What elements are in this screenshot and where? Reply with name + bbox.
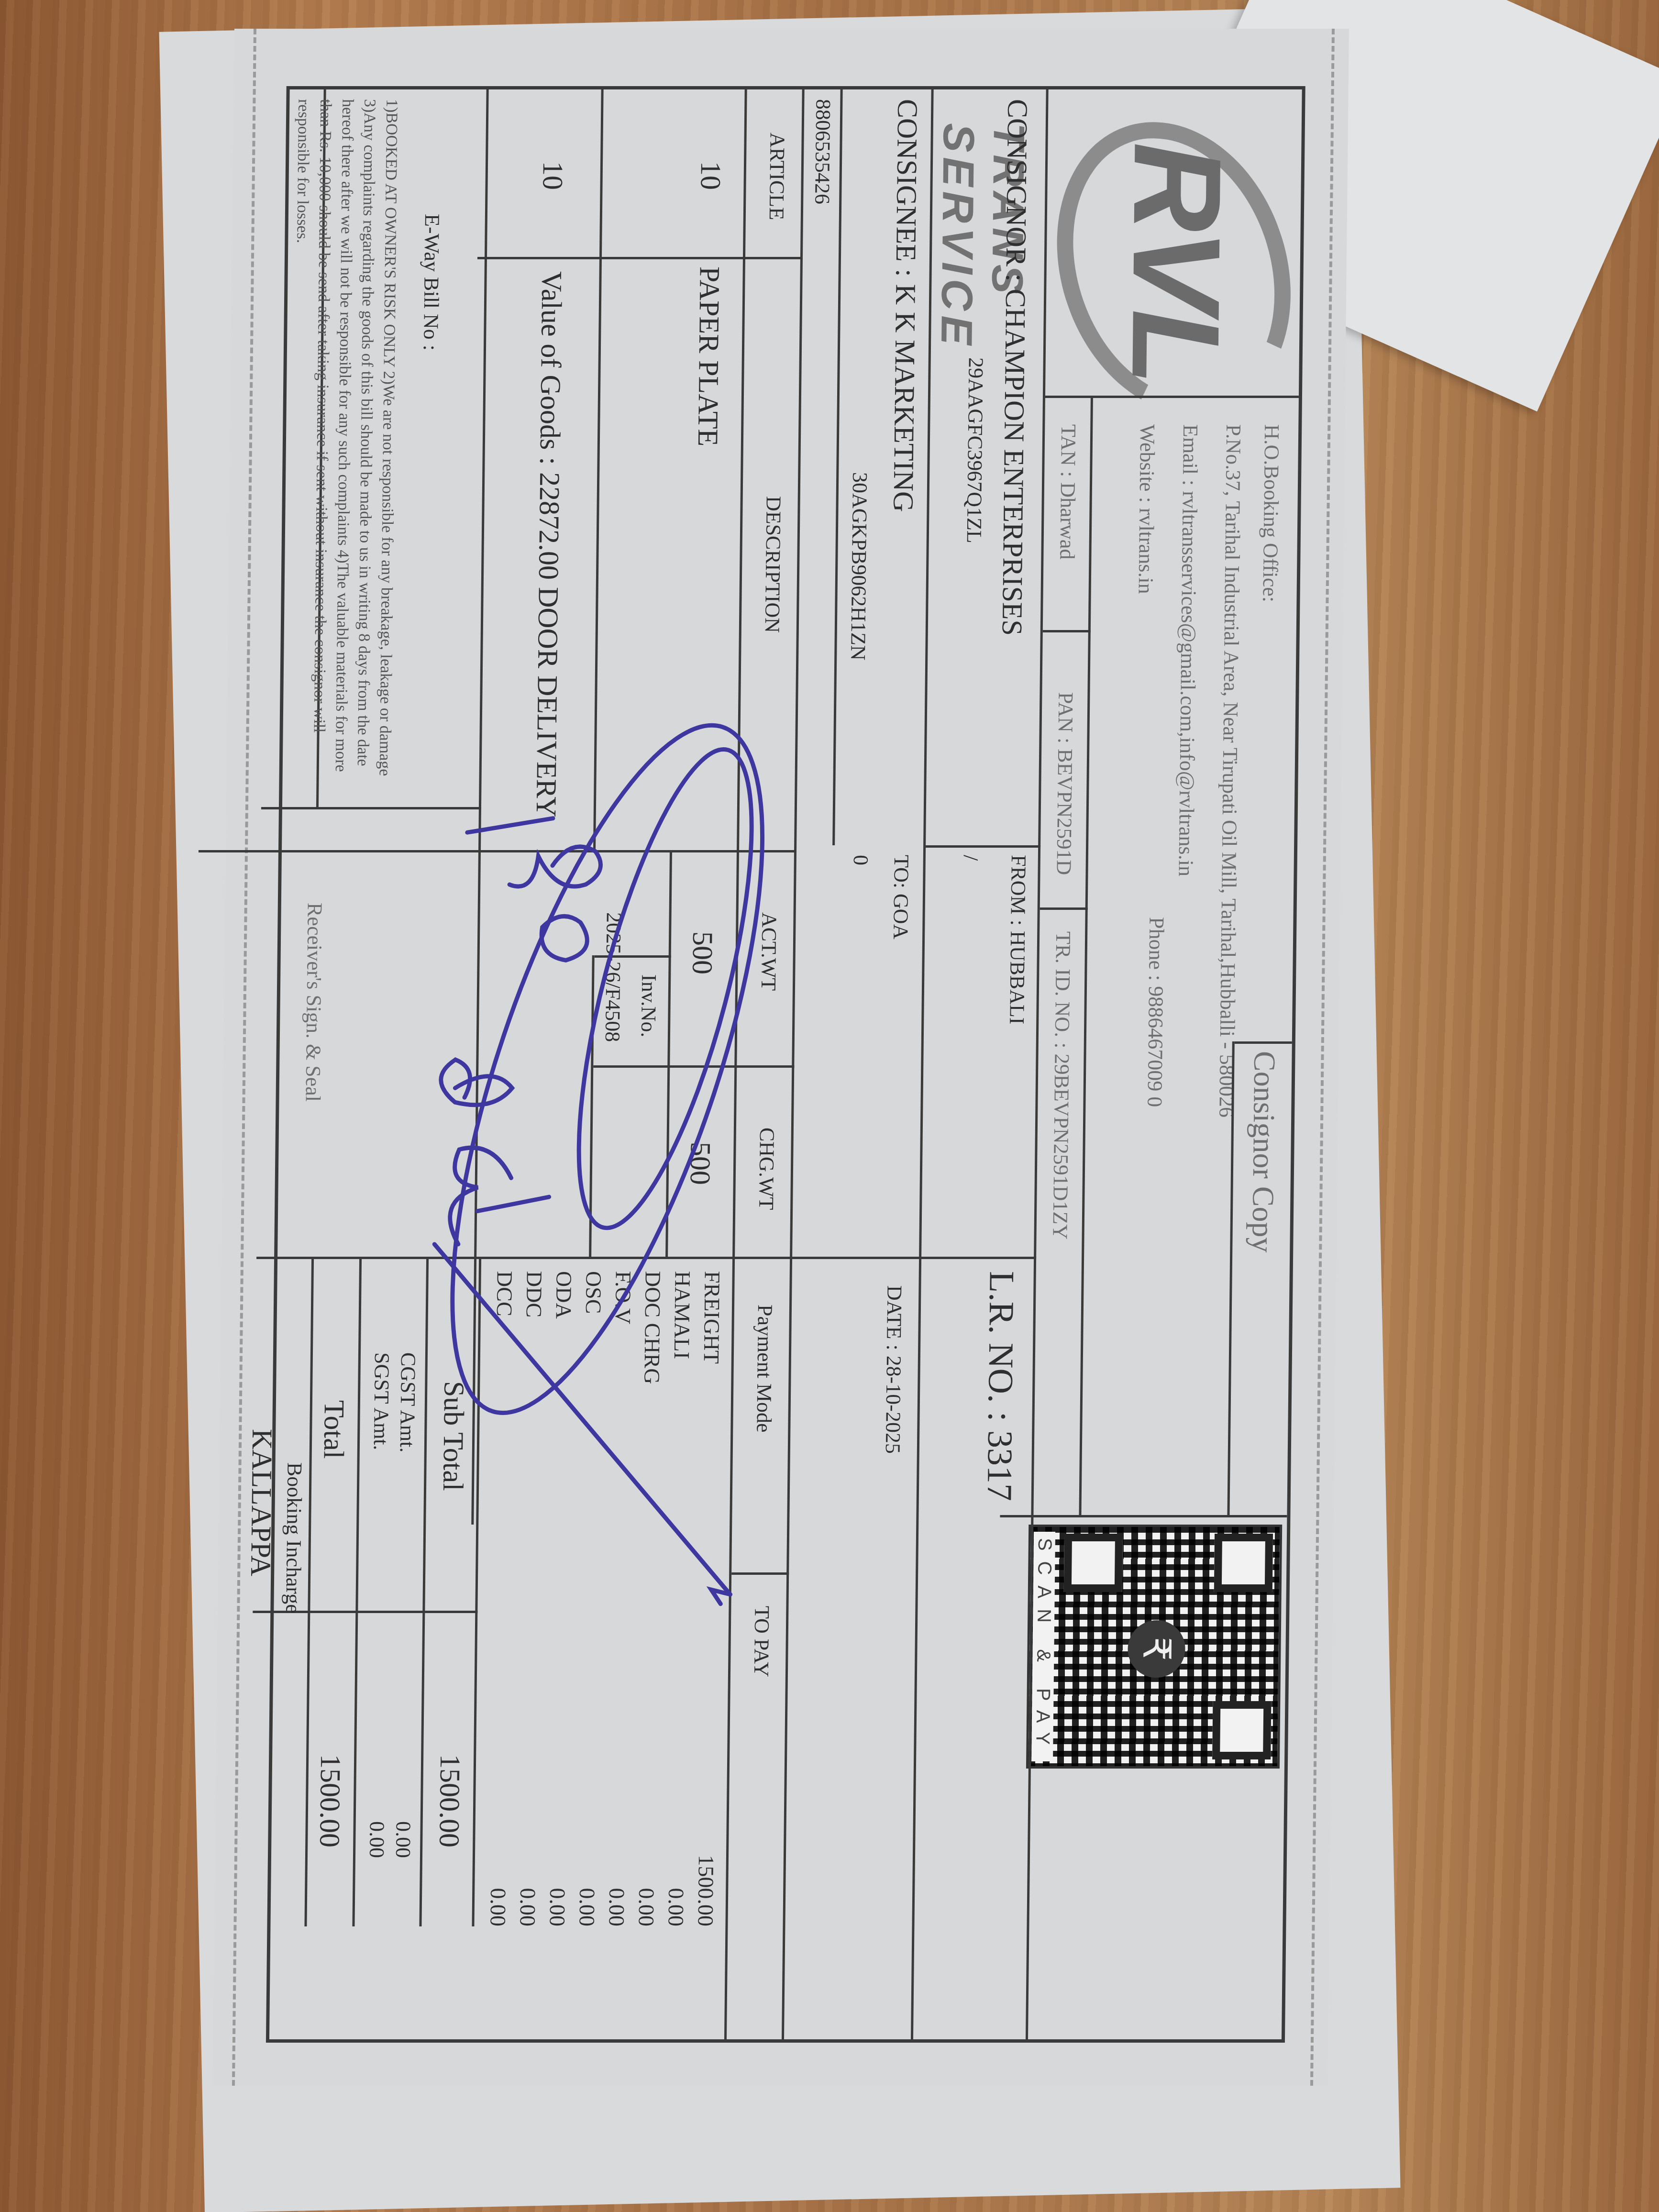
total-articles: 10 (536, 161, 569, 190)
booking-incharge-name: KALLAPPA (244, 1429, 278, 1576)
charge-amount: 0.00 (633, 1888, 659, 1927)
total-label: Total (317, 1400, 351, 1459)
description-header: DESCRIPTION (760, 496, 786, 633)
qr-caption: SCAN & PAY (1031, 1532, 1055, 1761)
lorry-receipt: RVL TRANS SERVICE H.O.Booking Office: P.… (213, 29, 1349, 2086)
charge-amount: 0.00 (485, 1888, 511, 1927)
lr-date: DATE : 28-10-2025 (881, 1285, 907, 1454)
charges-list: FREIGHT1500.00HAMALI0.00DOC CHRG0.00F.O.… (481, 1271, 725, 1926)
total-amount: 1500.00 (313, 1754, 347, 1847)
tr-id-number: TR. ID. NO. : 29BEVPN2591D1ZY (1048, 931, 1075, 1239)
charge-amount: 1500.00 (693, 1855, 719, 1927)
charged-weight-header: CHG.WT (754, 1128, 779, 1210)
pan-number: PAN : BEVPN2591D (1051, 692, 1078, 875)
subtotal-label: Sub Total (436, 1381, 470, 1491)
payment-mode-label: Payment Mode (752, 1305, 777, 1433)
charge-label: F.O.V (610, 1271, 636, 1324)
actual-weight-header: ACT.WT (756, 912, 782, 991)
copy-type-label: Consignor Copy (1245, 1051, 1282, 1252)
payment-mode-value: TO PAY (749, 1606, 774, 1677)
value-of-goods: Value of Goods : 22872.00 DOOR DELIVERY (530, 271, 568, 818)
receipt-frame: RVL TRANS SERVICE H.O.Booking Office: P.… (266, 86, 1305, 2043)
invoice-number: 2025-26/F4508 (600, 912, 626, 1042)
company-logo: RVL TRANS SERVICE (926, 89, 1302, 396)
charge-label: FREIGHT (699, 1271, 725, 1364)
charge-label: OSC (581, 1271, 607, 1314)
consignee-phone: 8806535426 (810, 99, 835, 204)
actual-weight: 500 (686, 931, 719, 974)
route-to: TO: GOA (888, 855, 914, 939)
office-email: Email : rvltransservices@gmail.com,info@… (1173, 424, 1203, 876)
charge-label: DCC (492, 1271, 518, 1316)
charge-amount: 0.00 (604, 1888, 630, 1927)
terms-disclaimer: 1)BOOKED AT OWNER'S RISK ONLY 2)We are n… (285, 99, 402, 788)
route-from: FROM : HUBBALI (1005, 855, 1031, 1025)
perforation-bottom (232, 29, 256, 2086)
sgst-amount: 0.00 (365, 1821, 389, 1858)
charge-label: HAMALI (669, 1271, 696, 1359)
lr-number: L.R. NO. : 3317 (979, 1271, 1022, 1501)
subtotal-amount: 1500.00 (432, 1754, 466, 1847)
goods-description: PAPER PLATE (691, 266, 726, 446)
charge-label: DDC (521, 1271, 547, 1317)
cgst-label: CGST Amt. (395, 1352, 420, 1452)
receiver-sign-label: Receiver's Sign. & Seal (301, 903, 327, 1102)
logo-text: RVL (1103, 142, 1249, 382)
charge-amount: 0.00 (515, 1888, 541, 1927)
sgst-label: SGST Amt. (369, 1352, 394, 1450)
consignee-name: CONSIGNEE : K K MARKETING (886, 99, 924, 512)
consignor-name: CONSIGNOR : CHAMPION ENTERPRISES (995, 99, 1034, 636)
consignor-gstin: 29AAGFC3967Q1ZL (962, 357, 988, 543)
charge-amount: 0.00 (574, 1888, 600, 1927)
route-zero: 0 (849, 855, 873, 865)
article-header: ARTICLE (764, 133, 790, 220)
consignee-gstin: 30AGKPB9062H1ZN (846, 472, 872, 661)
office-phone: Phone : 9886467009 0 (1142, 917, 1169, 1107)
charge-label: ODA (551, 1271, 577, 1319)
route-slash: / (959, 855, 983, 861)
charge-amount: 0.00 (663, 1888, 689, 1927)
office-label: H.O.Booking Office: (1258, 424, 1284, 602)
booking-incharge-label: Booking Incharge (281, 1462, 307, 1614)
eway-bill-label: E-Way Bill No : (419, 214, 444, 351)
invoice-label: Inv.No. (636, 974, 661, 1038)
cgst-amount: 0.00 (391, 1821, 416, 1858)
article-count: 10 (694, 161, 727, 190)
charge-amount: 0.00 (544, 1888, 570, 1927)
charge-label: DOC CHRG (639, 1271, 665, 1384)
tan-number: TAN : Dharwad (1055, 424, 1081, 559)
office-address: P.No.37, Tarihal Industrial Area, Near T… (1214, 424, 1246, 1117)
upi-logo-icon: ₹ (1128, 1620, 1185, 1678)
charged-weight: 500 (684, 1142, 717, 1185)
office-website: Website : rvltrans.in (1134, 424, 1160, 594)
payment-qr-code[interactable]: ₹ SCAN & PAY (1026, 1525, 1282, 1769)
